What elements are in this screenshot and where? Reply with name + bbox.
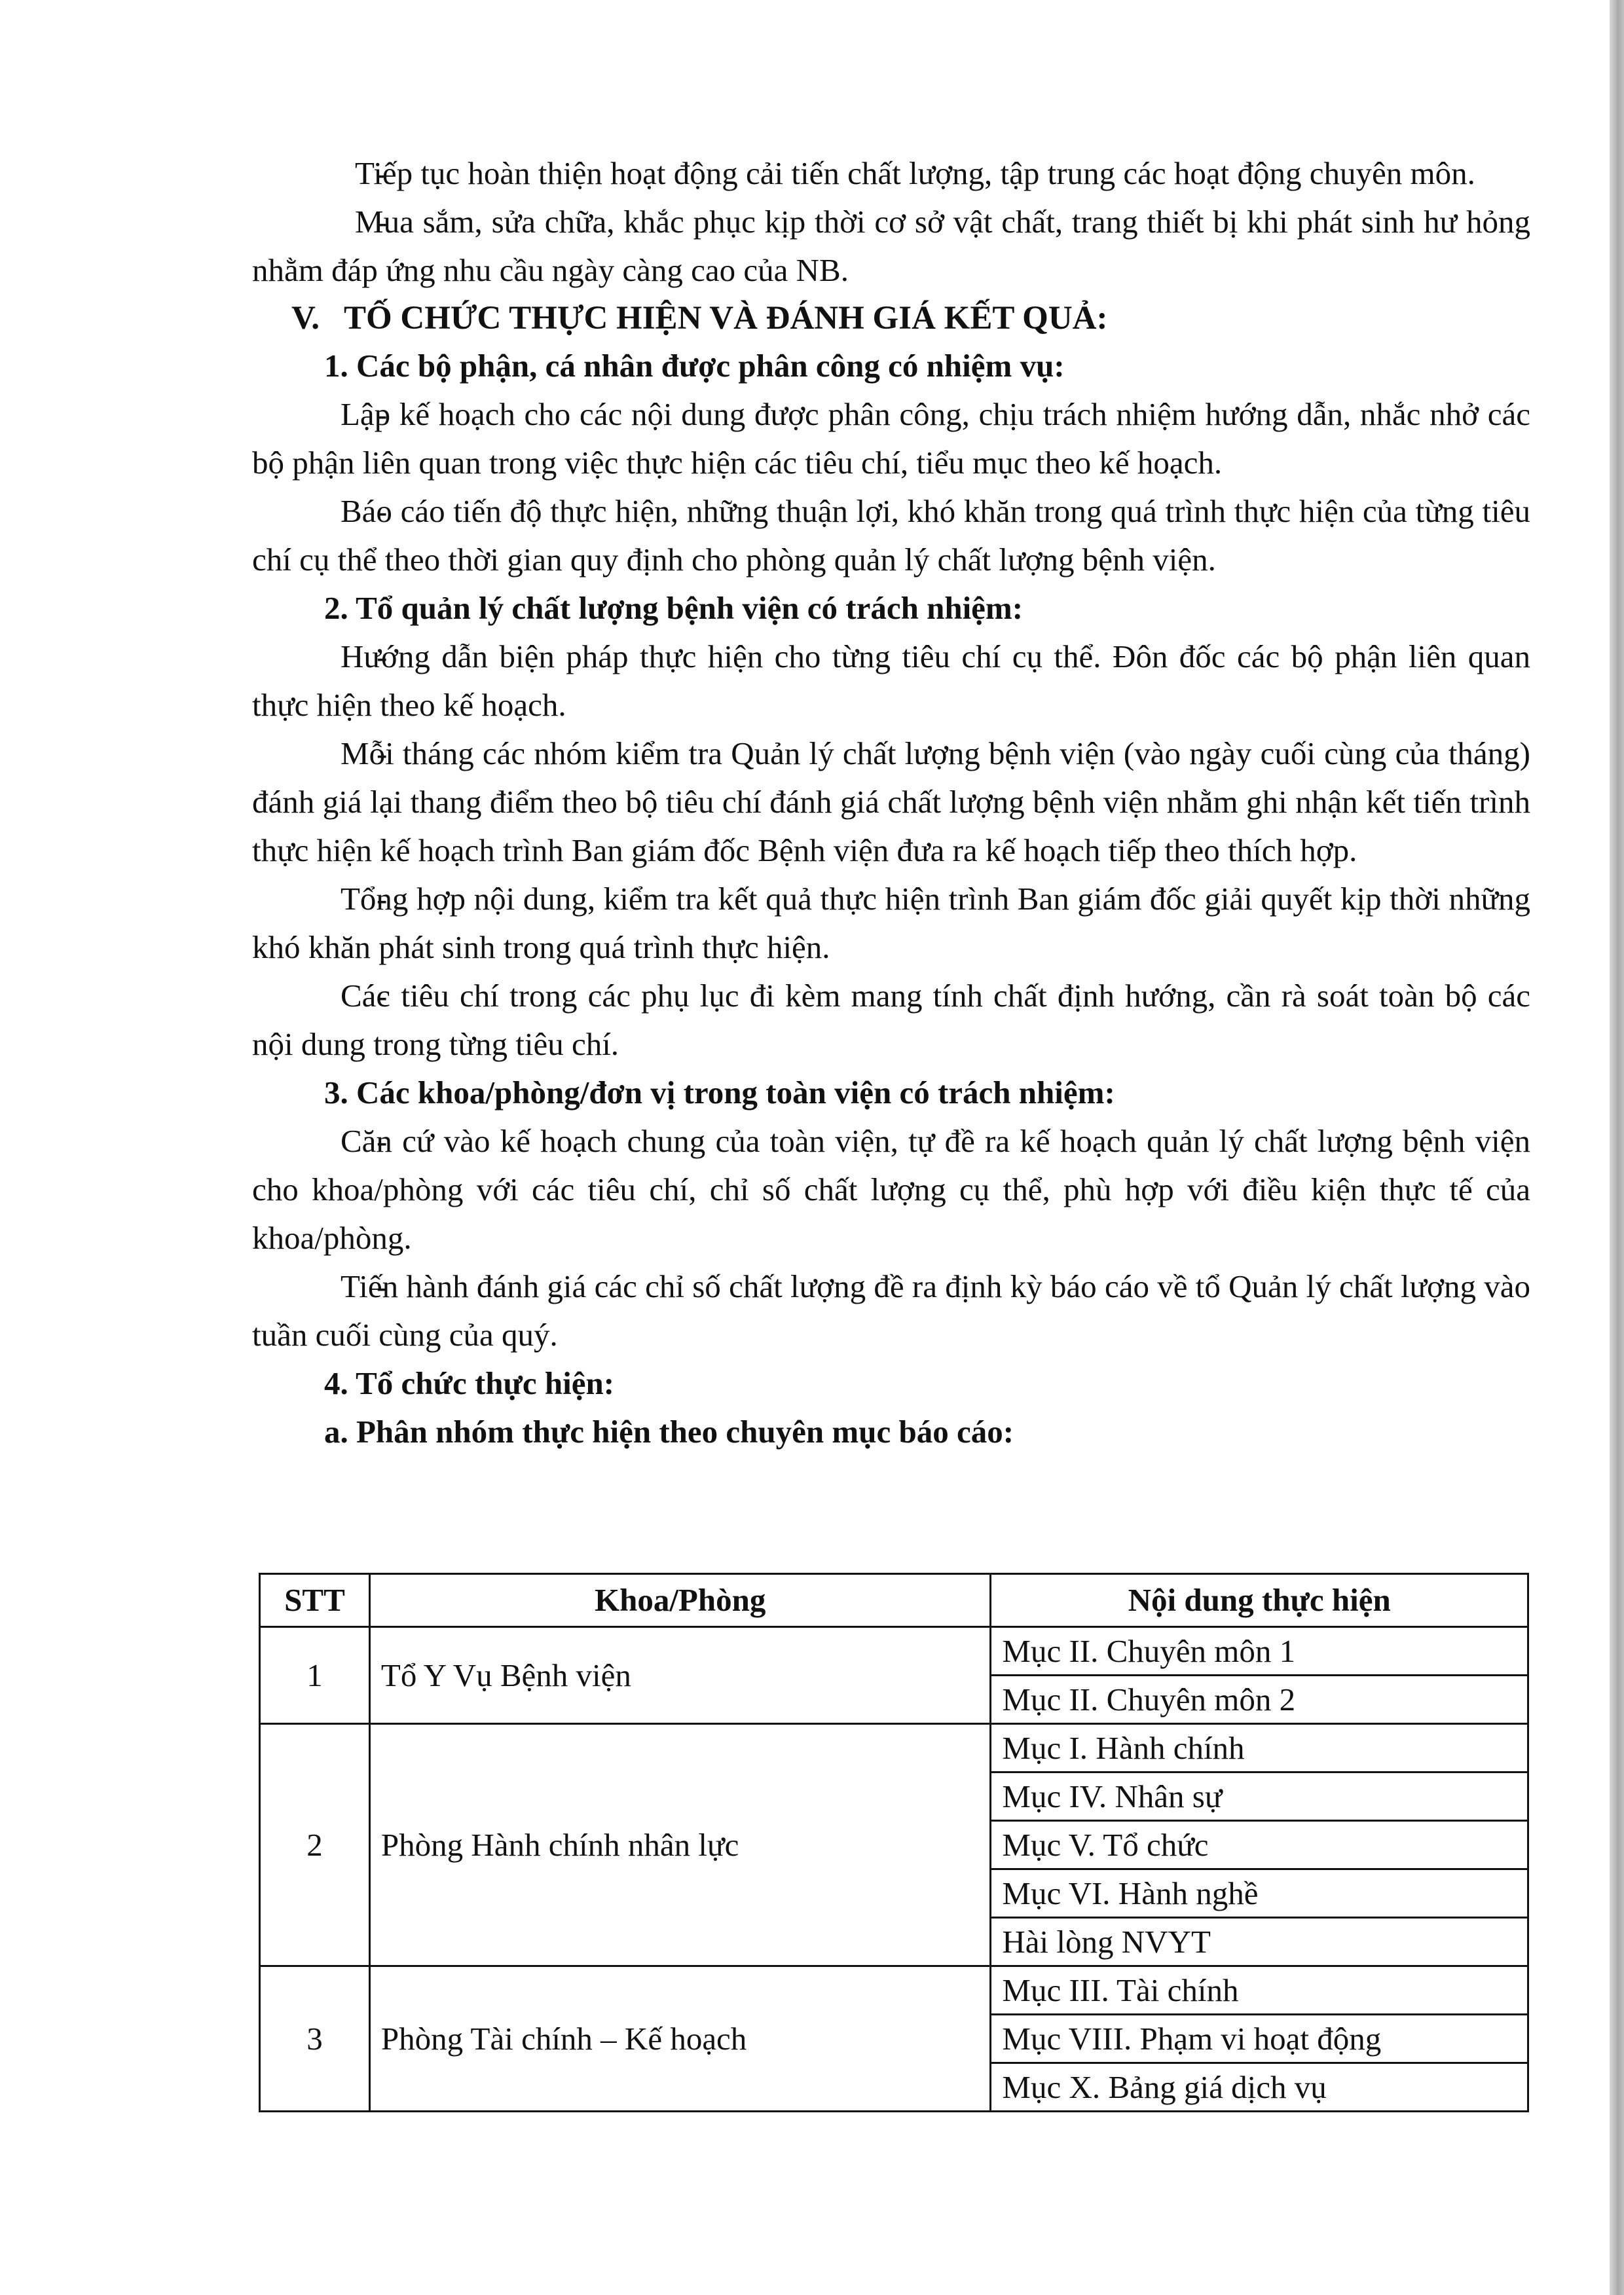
section-title: TỐ CHỨC THỰC HIỆN VÀ ĐÁNH GIÁ KẾT QUẢ:	[344, 300, 1108, 337]
bullet-paragraph: -Lập kế hoạch cho các nội dung được phân…	[252, 390, 1530, 487]
table-row: 1Tổ Y Vụ Bệnh việnMục II. Chuyên môn 1	[260, 1627, 1528, 1676]
cell-noi-dung: Mục I. Hành chính	[991, 1724, 1528, 1772]
cell-noi-dung: Hài lòng NVYT	[991, 1918, 1528, 1966]
dash-bullet: -	[314, 149, 355, 198]
bullet-paragraph: -Các tiêu chí trong các phụ lục đi kèm m…	[252, 972, 1530, 1069]
cell-khoa-phong: Tổ Y Vụ Bệnh viện	[369, 1627, 991, 1724]
cell-noi-dung: Mục II. Chuyên môn 2	[991, 1676, 1528, 1724]
bullet-paragraph: -Báo cáo tiến độ thực hiện, những thuận …	[252, 487, 1530, 584]
bullet-paragraph: -Căn cứ vào kế hoạch chung của toàn viện…	[252, 1117, 1530, 1262]
cell-khoa-phong: Phòng Hành chính nhân lực	[369, 1724, 991, 1966]
subsection-heading: 4. Tổ chức thực hiện:	[252, 1359, 1530, 1408]
scan-edge-shadow	[1610, 0, 1624, 2295]
cell-noi-dung: Mục IV. Nhân sự	[991, 1772, 1528, 1821]
document-page: -Tiếp tục hoàn thiện hoạt động cải tiến …	[252, 149, 1530, 1456]
section-heading: V.TỐ CHỨC THỰC HIỆN VÀ ĐÁNH GIÁ KẾT QUẢ:	[252, 295, 1530, 342]
bullet-paragraph: -Mua sắm, sửa chữa, khắc phục kịp thời c…	[252, 198, 1530, 295]
sub-a-heading: a. Phân nhóm thực hiện theo chuyên mục b…	[252, 1408, 1530, 1456]
bullet-paragraph: -Tiến hành đánh giá các chỉ số chất lượn…	[252, 1262, 1530, 1359]
table-header-row: STT Khoa/Phòng Nội dung thực hiện	[260, 1574, 1528, 1627]
header-stt: STT	[260, 1574, 370, 1627]
cell-noi-dung: Mục X. Bảng giá dịch vụ	[991, 2063, 1528, 2112]
header-khoa-phong: Khoa/Phòng	[369, 1574, 991, 1627]
cell-stt: 1	[260, 1627, 370, 1724]
cell-noi-dung: Mục VIII. Phạm vi hoạt động	[991, 2015, 1528, 2063]
cell-noi-dung: Mục VI. Hành nghề	[991, 1869, 1528, 1918]
subsection-heading: 3. Các khoa/phòng/đơn vị trong toàn viện…	[252, 1069, 1530, 1117]
table-row: 2Phòng Hành chính nhân lựcMục I. Hành ch…	[260, 1724, 1528, 1772]
cell-stt: 2	[260, 1724, 370, 1966]
bullet-paragraph: -Hướng dẫn biện pháp thực hiện cho từng …	[252, 633, 1530, 729]
subsection-heading: 1. Các bộ phận, cá nhân được phân công c…	[252, 342, 1530, 390]
cell-noi-dung: Mục V. Tổ chức	[991, 1821, 1528, 1869]
dash-bullet: -	[314, 198, 355, 246]
bullet-paragraph: -Tổng hợp nội dung, kiểm tra kết quả thự…	[252, 875, 1530, 972]
bullet-paragraph: -Mỗi tháng các nhóm kiểm tra Quản lý chấ…	[252, 729, 1530, 875]
cell-khoa-phong: Phòng Tài chính – Kế hoạch	[369, 1966, 991, 2112]
section-number: V.	[291, 295, 344, 342]
subsection-heading: 2. Tổ quản lý chất lượng bệnh viện có tr…	[252, 584, 1530, 633]
table-row: 3Phòng Tài chính – Kế hoạchMục III. Tài …	[260, 1966, 1528, 2015]
cell-noi-dung: Mục II. Chuyên môn 1	[991, 1627, 1528, 1676]
header-noi-dung: Nội dung thực hiện	[991, 1574, 1528, 1627]
cell-stt: 3	[260, 1966, 370, 2112]
bullet-paragraph: -Tiếp tục hoàn thiện hoạt động cải tiến …	[252, 149, 1530, 198]
assignment-table: STT Khoa/Phòng Nội dung thực hiện 1Tổ Y …	[259, 1573, 1529, 2112]
cell-noi-dung: Mục III. Tài chính	[991, 1966, 1528, 2015]
